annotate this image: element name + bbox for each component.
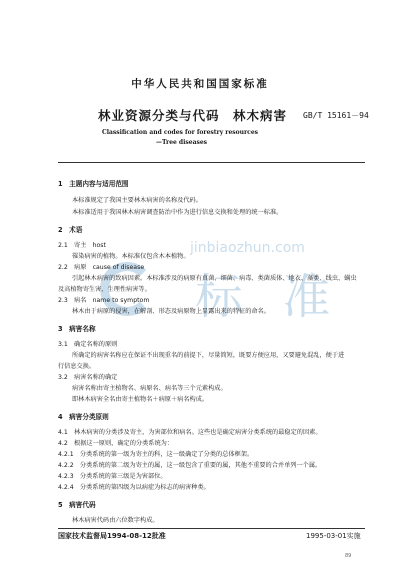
section-heading: 1 主题内容与适用范围: [58, 178, 129, 188]
body-line: 4.1 林木病害的分类涉及寄主，为害部位和病名。这些也是确定病害分类系统的最稳定…: [58, 427, 322, 436]
body-line: 引起林木病害的致病因素。本标准涉及的病原有真菌、细菌、病毒、类菌质体、地衣、藻类…: [72, 273, 357, 282]
section-heading: 3 病害名称: [58, 323, 96, 333]
watermark-url: jinbiaozhun.com: [190, 240, 305, 256]
standard-type: 中华人民共和国国家标准: [0, 76, 400, 91]
body-line: 病害名称由寄主植物名、病原名、病名等三个元素构成。: [72, 383, 227, 392]
body-line: 4.2.4 分类系统的第四级为以病症为标志的病害种类。: [58, 482, 210, 491]
body-line: 行信息交换。: [58, 361, 95, 370]
body-line: 及高植物寄生害、生理性病害等。: [58, 284, 151, 293]
body-line: 3.1 确定名称的原则: [58, 339, 117, 348]
header-divider: [58, 162, 365, 163]
watermark-chars: 标 准: [195, 258, 342, 327]
body-line: 4.2.2 分类系统的第二级为寄主的属，这一级包含了重要的属，其他不重要的合并单…: [58, 460, 321, 469]
section-heading: 2 术语: [58, 224, 82, 234]
body-line: 罹染病害的植物。本标准仅包含木本植物。: [72, 251, 190, 260]
document-title: 林业资源分类与代码 林木病害: [98, 106, 287, 124]
body-line: 4.2.1 分类系统的第一级为寄主的科，这一级确定了分类的总体框架。: [58, 449, 253, 458]
body-line: 4.2.3 分类系统的第三级是为害部位。: [58, 471, 167, 480]
english-title: Classification and codes for forestry re…: [0, 129, 360, 136]
implementation-date: 1995-03-01实施: [306, 531, 361, 541]
page-number: 89: [345, 553, 351, 559]
footer-divider: [58, 528, 365, 529]
standard-code: GB/T 15161－94: [303, 110, 369, 121]
body-line: 4.2 根据这一原则，确定的分类系统为：: [58, 438, 173, 447]
body-line: 即林木病害全名由寄主植物名＋病原＋病名构成。: [72, 394, 208, 403]
english-subtitle: —Tree diseases: [156, 139, 207, 146]
body-line: 林木由于病原的侵害，在解剖、形态及病原物上显露出来的特征的命名。: [72, 306, 270, 315]
body-line: 3.2 病害名称的确定: [58, 372, 117, 381]
body-line: 本标准适用于我国林木病害调查防治中作为进行信息交换和处理的统一标准。: [72, 207, 282, 216]
section-heading: 4 病害分类原则: [58, 411, 109, 421]
body-line: 林木病害代码由六位数字构成。: [72, 515, 159, 524]
body-line: 本标准规定了我国主要林木病害的名称及代码。: [72, 195, 202, 204]
body-line: 2.3 病名 name to symptom: [58, 295, 149, 304]
body-line: 2.2 病原 cause of disease: [58, 262, 144, 271]
section-heading: 5 病害代码: [58, 499, 96, 509]
body-line: 2.1 寄主 host: [58, 240, 106, 249]
body-line: 所确定的病害名称应在保证不出现重名的前提下，尽量简短，既要方便应用，又要避免混乱…: [72, 350, 344, 359]
approval-date: 国家技术监督局1994-08-12批准: [58, 531, 166, 541]
